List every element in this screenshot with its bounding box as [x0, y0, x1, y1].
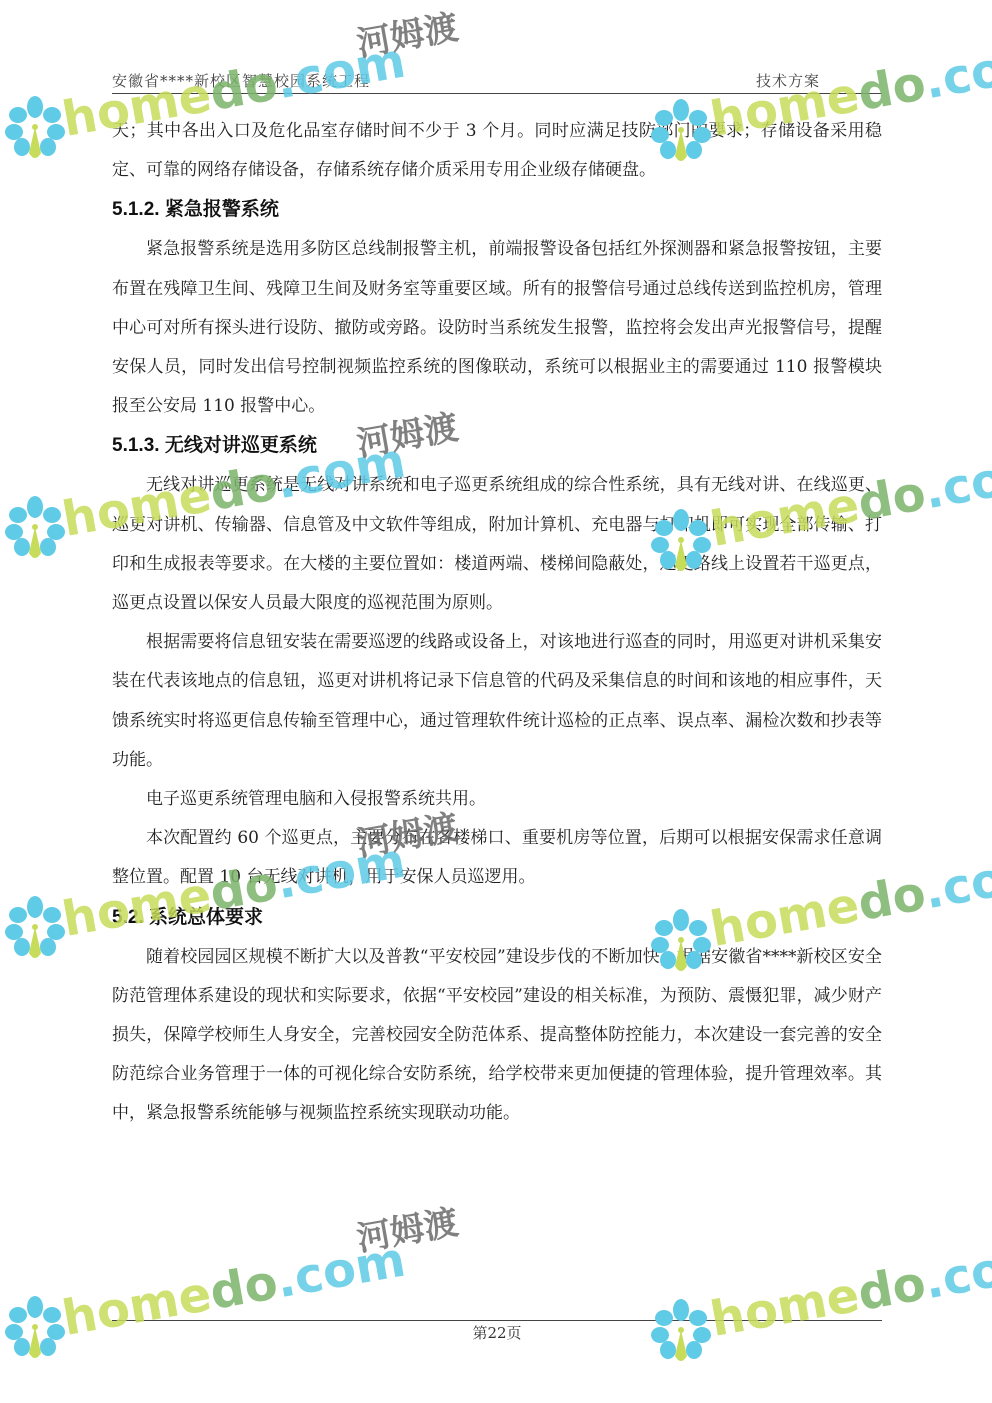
header-doc-type: 技术方案: [756, 70, 820, 91]
heading-5-2: 5.2. 系统总体要求: [112, 898, 882, 938]
watermark-right-4: homedo.com: [650, 1240, 992, 1390]
homedo-flower-icon: [4, 495, 66, 563]
heading-5-1-3: 5.1.3. 无线对讲巡更系统: [112, 426, 882, 466]
paragraph-patrol-config: 本次配置约 60 个巡更点，主要分布在各楼梯口、重要机房等位置，后期可以根据安保…: [112, 819, 882, 897]
paragraph-emergency-alarm: 紧急报警系统是选用多防区总线制报警主机，前端报警设备包括红外探测器和紧急报警按钮…: [112, 230, 882, 426]
paragraph-patrol-process: 根据需要将信息钮安装在需要巡逻的线路或设备上，对该地进行巡查的同时，用巡更对讲机…: [112, 623, 882, 780]
homedo-flower-icon: [4, 895, 66, 963]
footer-divider: [112, 1320, 882, 1321]
document-body: 天；其中各出入口及危化品室存储时间不少于 3 个月。同时应满足技防部门的要求；存…: [112, 112, 882, 1134]
page-number: 第22页: [112, 1322, 882, 1343]
paragraph-overall-requirements: 随着校园园区规模不断扩大以及普教“平安校园”建设步伐的不断加快，根据安徽省***…: [112, 938, 882, 1134]
document-page: 安徽省****新校区智慧校园系统工程 技术方案 天；其中各出入口及危化品室存储时…: [0, 0, 992, 1403]
paragraph-patrol-shared-pc: 电子巡更系统管理电脑和入侵报警系统共用。: [112, 780, 882, 819]
heading-5-1-2: 5.1.2. 紧急报警系统: [112, 190, 882, 230]
homedo-flower-icon: [4, 1295, 66, 1363]
header-divider: [112, 93, 882, 94]
homedo-flower-icon: [4, 95, 66, 163]
paragraph-storage: 天；其中各出入口及危化品室存储时间不少于 3 个月。同时应满足技防部门的要求；存…: [112, 112, 882, 190]
header-doc-title: 安徽省****新校区智慧校园系统工程: [112, 70, 370, 91]
paragraph-patrol-intro: 无线对讲巡更系统是无线对讲系统和电子巡更系统组成的综合性系统，具有无线对讲、在线…: [112, 466, 882, 623]
watermark-left-4: homedo.com 河姆渡: [0, 1195, 500, 1375]
page-header: 安徽省****新校区智慧校园系统工程 技术方案: [112, 70, 882, 92]
